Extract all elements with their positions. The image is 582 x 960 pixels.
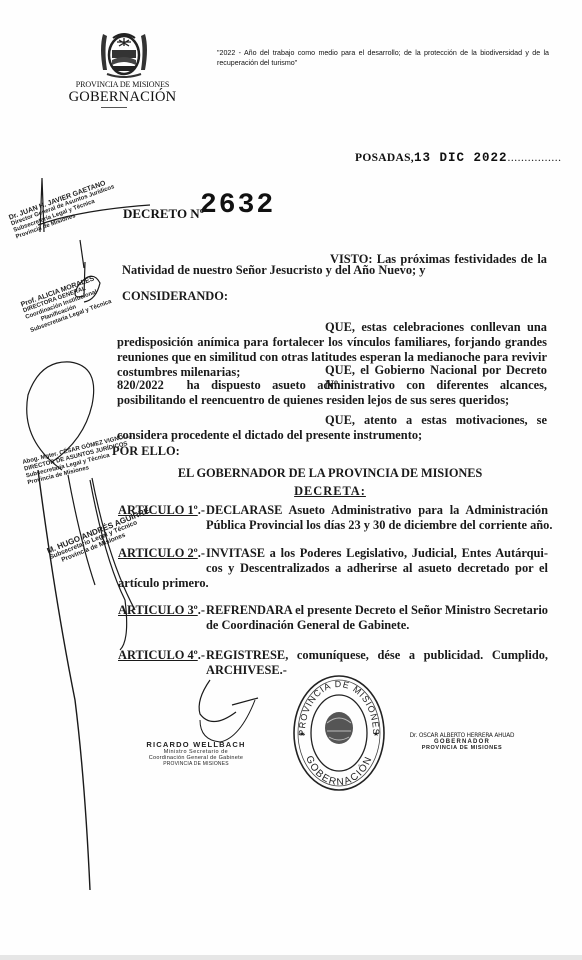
year-motto: "2022 - Año del trabajo como medio para … [217,48,549,68]
governor-signature-block: Dr. OSCAR ALBERTO HERRERA AHUAD GOBERNAD… [392,733,532,751]
considerando-heading: CONSIDERANDO: [122,289,228,304]
minister-signature-block: RICARDO WELLBACH Ministro Secretario de … [126,740,266,767]
que3-line2: considera procedente el dictado del pres… [117,428,422,443]
decree-label: DECRETO Nº [123,206,204,222]
article-3-line1: REFRENDARA el presente Decreto el Señor … [206,603,548,618]
article-2-line3: artículo primero. [118,576,209,591]
page-bottom-edge [0,955,582,960]
governor-province: PROVINCIA DE MISIONES [392,745,532,751]
article-4-line2: ARCHIVESE.- [206,663,287,678]
stamp-gaetano: Dr. JUAN H. JAVIER GAETANO Director Gene… [8,178,120,242]
minister-name: RICARDO WELLBACH [126,740,266,749]
article-2-line2: cos y Descentralizados a adherirse al as… [206,561,548,576]
article-4: ARTICULO 4º.- [118,648,205,663]
decree-number: 2632 [200,190,275,221]
article-4-label: ARTICULO 4º [118,648,198,662]
article-3: ARTICULO 3º.- [118,603,205,618]
minister-title-3: PROVINCIA DE MISIONES [126,761,266,767]
stamp-gomez-vignolli: Abog. Mgter. CÉSAR GÓMEZ VIGNOLLI DIRECT… [22,433,138,487]
handwritten-date: 13 DIC 2022 [414,151,508,165]
que1-lead: QUE, estas celebraciones conllevan una [325,320,547,335]
article-1-line2: Pública Provincial los días 23 y 30 de d… [206,518,552,533]
place-date: POSADAS,13 DIC 2022................ [355,151,561,165]
governor-heading: EL GOBERNADOR DE LA PROVINCIA DE MISIONE… [160,466,500,481]
visto-continuation: Natividad de nuestro Señor Jesucristo y … [122,263,425,278]
que1-line2: predisposición anímica para fortalecer l… [117,335,547,350]
stamp-morales: Prof. ALICIA MORALES DIRECTORA GENERAL C… [20,273,113,335]
que3-lead: QUE, atento a estas motivaciones, se [325,413,547,428]
article-3-line2: de Coordinación General de Gabinete. [206,618,409,633]
date-filler: ................ [507,152,561,164]
provincial-coat-of-arms-icon [93,28,155,80]
svg-text:★: ★ [373,730,379,738]
que2-line3: posibilitando el reencuentro de quienes … [117,393,509,408]
article-2: ARTICULO 2º.- [118,546,205,561]
decreta-heading: DECRETA: [260,484,400,499]
office-heading: GOBERNACIÓN [60,89,185,106]
que2-line2: 820/2022 ha dispuesto asueto administrat… [117,378,547,393]
place-label: POSADAS, [355,152,414,164]
article-4-line1: REGISTRESE, comuníquese, dése a publicid… [206,648,548,663]
article-1-line1: DECLARASE Asueto Administrativo para la … [206,503,548,518]
province-heading: PROVINCIA DE MISIONES [60,80,185,89]
heading-underline [101,107,127,108]
decree-page: PROVINCIA DE MISIONES GOBERNACIÓN "2022 … [0,0,582,960]
article-3-label: ARTICULO 3º [118,603,198,617]
article-2-line1: INVITASE a los Poderes Legislativo, Judi… [206,546,548,561]
article-2-label: ARTICULO 2º [118,546,198,560]
government-seal: PROVINCIA DE MISIONES GOBERNACIÓN ★ ★ [291,673,387,793]
svg-text:★: ★ [299,730,305,738]
